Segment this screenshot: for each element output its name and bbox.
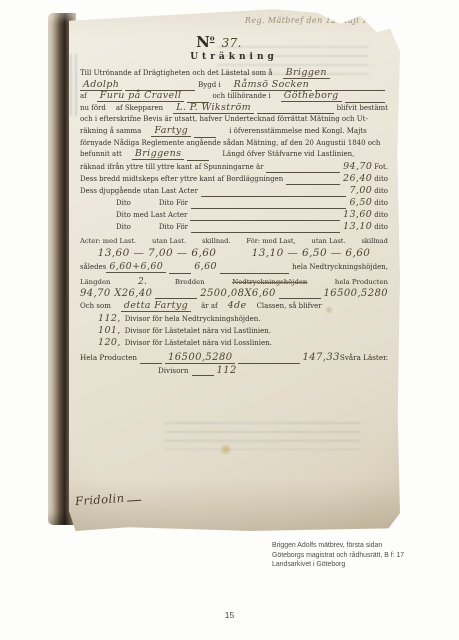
archival-annotation: Reg. Mätbref den 12 Maji 1842	[80, 16, 388, 29]
fore-draft-calc: 13,10 — 6,50 — 6,60	[252, 247, 371, 259]
skipper-name-hand: L. P. Wikström	[173, 103, 254, 114]
factors-mark-hand: 2.	[138, 277, 147, 287]
class-number-hand: 4de	[228, 301, 247, 311]
measurement-row: Dess bredd midtskeps efter yttre kant af…	[80, 173, 388, 185]
divisor-value-hand: 101,	[98, 325, 121, 337]
measurement-row: Dito med Last Acter 13,60 dito	[80, 209, 388, 221]
divisor-row: 112, Divisor för hela Nedtryckningshöjde…	[80, 313, 388, 325]
ship-type-hand: Briggen	[283, 68, 330, 79]
paper-stain	[219, 444, 233, 455]
intro-line-7: förnyade Nådiga Reglemente angående såda…	[80, 138, 388, 150]
signature: Fridolin	[75, 490, 142, 509]
intro-line-1: Till Utrönande af Drägtigheten och det L…	[80, 68, 388, 80]
aft-draft-calc: 13,60 — 7,00 — 6,60	[98, 247, 217, 259]
build-material-hand: Furu på Cravell	[97, 91, 185, 102]
saledes-line: således 6,60+6,60 6,60 hela Nedtryckning…	[80, 262, 388, 274]
sum-hand: 6,60+6,60	[106, 262, 166, 273]
ship-name-hand: Adolph	[80, 80, 122, 91]
breadth-hand: 26,40	[122, 288, 153, 299]
divisor-row: 120, Divisor för Lästetalet nära vid Los…	[80, 337, 388, 349]
page-background: Reg. Mätbref den 12 Maji 1842 No 37. Utr…	[0, 0, 459, 640]
length-hand: 94,70 X	[80, 288, 122, 299]
document-number: No 37.	[80, 32, 358, 50]
intro-line-4: nu förd af Skepparen L. P. Wikström blif…	[80, 103, 388, 115]
calc-table-header: Acter: med Last. utan Last. skillnad. Fö…	[80, 237, 388, 245]
measurement-row: räknad ifrån yttre till yttre kant af Sp…	[80, 161, 388, 173]
measurement-value: 13,60	[343, 209, 372, 221]
divisor-row: 101, Divisor för Lästetalet nära vid Las…	[80, 325, 388, 337]
page-number: 15	[0, 610, 459, 620]
laster-value-hand: 147,33	[303, 352, 340, 363]
measurement-value: 26,40	[343, 173, 372, 185]
vessel-word-hand: Fartyg	[151, 126, 191, 137]
caption-line-3: Landsarkivet i Göteborg	[272, 560, 447, 570]
caption-line-2: Göteborgs magistrat och rådhusrätt, B f:…	[272, 551, 447, 561]
scanned-page: Reg. Mätbref den 12 Maji 1842 No 37. Utr…	[69, 6, 400, 532]
area-times-height-hand: 2500,08X6,60	[200, 288, 276, 299]
measurement-value: 6,50	[349, 197, 372, 209]
ship-ref-hand: Briggens	[132, 149, 185, 160]
divisor-final-hand: 112	[217, 365, 237, 376]
intro-line-5: och i efterskrifne Bevis är utsatt, hafv…	[80, 114, 388, 126]
bleed-through-ghost	[165, 422, 361, 450]
divisor-value-hand: 112,	[98, 313, 121, 325]
photo-caption: Briggen Adolfs mätbrev, första sidan Göt…	[272, 541, 447, 570]
build-parish-hand: Råmsö Socken	[231, 80, 313, 91]
measurement-row: Dess djupgående utan Last Acter 7,00 dit…	[80, 185, 388, 197]
intro-line-8: befunnit att Briggens Längd öfver Stäfva…	[80, 149, 388, 161]
number-superscript: o	[210, 34, 215, 43]
number-value: 37.	[222, 36, 242, 50]
mean-hand: 6,60	[194, 262, 217, 272]
measurement-value: 7,00	[349, 185, 372, 197]
divisor-value-hand: 120,	[98, 337, 121, 349]
bleed-through-ghost	[70, 54, 79, 116]
home-port-hand: Götheborg	[281, 91, 342, 102]
product-line: Hela Producten 16500,5280 147,33 Svåra L…	[80, 352, 388, 364]
divisor-line: Divisorn 112	[80, 365, 388, 376]
document-scan: Reg. Mätbref den 12 Maji 1842 No 37. Utr…	[48, 6, 400, 532]
full-product-hand: 16500,5280	[324, 288, 388, 299]
measurement-value: 94,70	[343, 161, 372, 173]
factors-header: Längden 2. Bredden Nedtryckningshöjden h…	[80, 277, 388, 287]
measurement-row: Dito Dito För 6,50 dito	[80, 197, 388, 209]
number-prefix: N	[196, 33, 210, 51]
product-value-hand: 16500,5280	[165, 352, 235, 364]
document-title: Uträkning	[80, 52, 388, 62]
measurement-row: Dito Dito För 13,10 dito	[80, 221, 388, 233]
calc-table-values: 13,60 — 7,00 — 6,60 13,10 — 6,50 — 6,60	[80, 247, 388, 259]
this-vessel-hand: detta Fartyg	[121, 301, 191, 312]
factors-values: 94,70 X 26,40 2500,08X6,60 16500,5280	[80, 288, 388, 299]
intro-line-6: räkning å samma Fartyg i öfverensstämmel…	[80, 126, 388, 138]
measurement-value: 13,10	[343, 221, 372, 233]
caption-line-1: Briggen Adolfs mätbrev, första sidan	[272, 541, 447, 551]
class-line: Och som detta Fartyg är af 4de Classen, …	[80, 301, 388, 313]
